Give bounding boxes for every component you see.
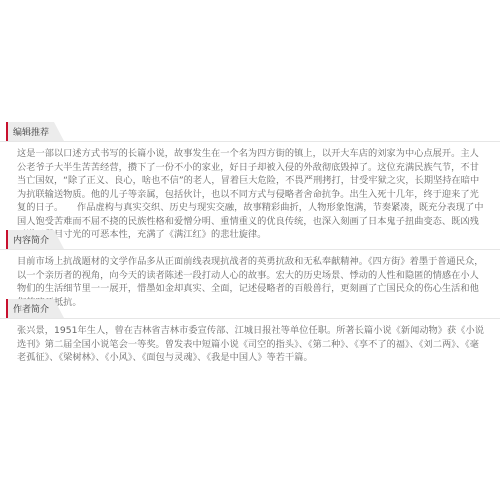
section-header: 内容简介: [0, 230, 500, 250]
section-tab: 编辑推荐: [6, 122, 54, 141]
editor-recommendation-text: 这是一部以口述方式书写的长篇小说，故事发生在一个名为四方街的镇上，以开大车店的刘…: [17, 147, 486, 242]
section-title: 作者简介: [13, 302, 49, 315]
section-content-summary: 内容简介 目前市场上抗战题材的文学作品多从正面前线表现抗战者的英勇抗敌和无私奉献…: [0, 230, 500, 309]
section-title: 编辑推荐: [13, 125, 49, 138]
section-author-intro: 作者简介 张兴景，1951年生人，曾在吉林省吉林市委宣传部、江城日报社等单位任职…: [0, 299, 500, 365]
section-body: 张兴景，1951年生人，曾在吉林省吉林市委宣传部、江城日报社等单位任职。所著长篇…: [0, 319, 500, 365]
section-editor-recommendation: 编辑推荐 这是一部以口述方式书写的长篇小说，故事发生在一个名为四方街的镇上，以开…: [0, 122, 500, 242]
author-intro-text: 张兴景，1951年生人，曾在吉林省吉林市委宣传部、江城日报社等单位任职。所著长篇…: [17, 324, 486, 365]
section-tab: 作者简介: [6, 299, 54, 318]
section-header: 编辑推荐: [0, 122, 500, 142]
section-body: 这是一部以口述方式书写的长篇小说，故事发生在一个名为四方街的镇上，以开大车店的刘…: [0, 142, 500, 242]
section-header: 作者简介: [0, 299, 500, 319]
section-tab: 内容简介: [6, 230, 54, 249]
section-title: 内容简介: [13, 233, 49, 246]
